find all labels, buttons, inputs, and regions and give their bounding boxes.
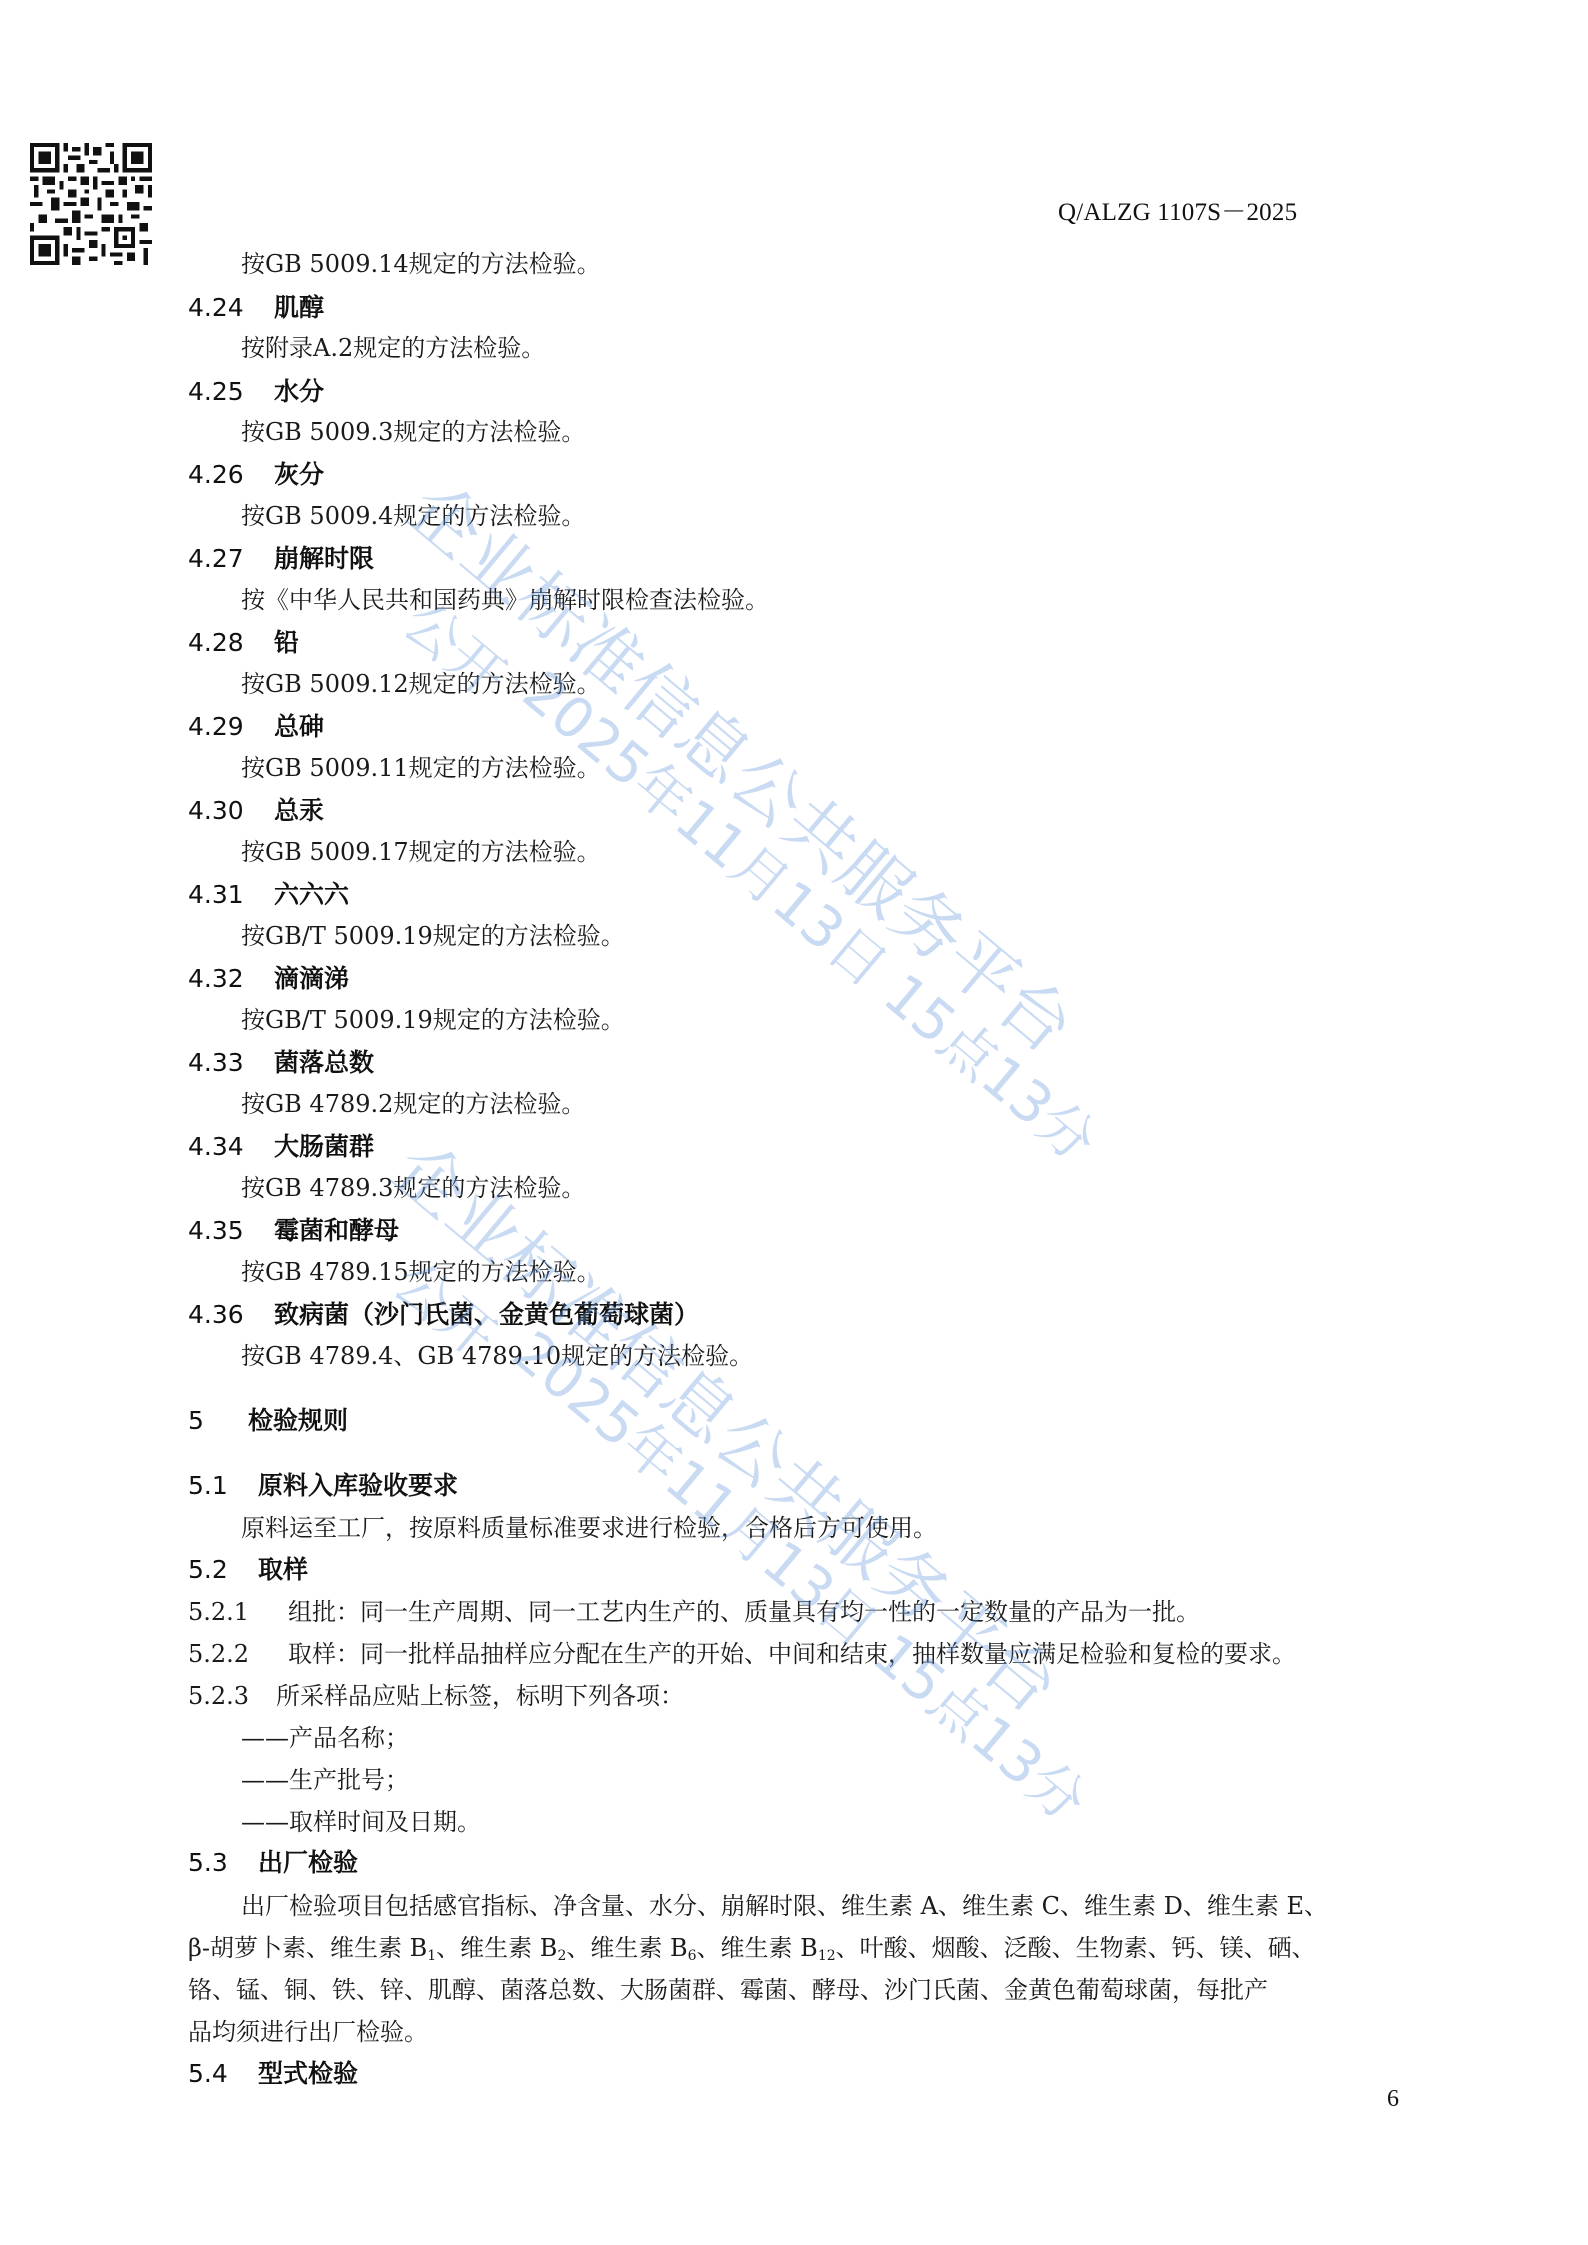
clause-5-2-1: 5.2.1组批：同一生产周期、同一工艺内生产的、质量具有均一性的一定数量的产品为… xyxy=(188,1592,1200,1627)
section-title: 型式检验 xyxy=(258,2059,358,2088)
list-item: ——产品名称； xyxy=(241,1718,409,1753)
section-number: 4.33 xyxy=(188,1048,274,1077)
section-title: 总汞 xyxy=(274,796,324,825)
section-title: 检验规则 xyxy=(248,1406,348,1435)
section-number: 5.4 xyxy=(188,2059,258,2088)
section-title: 灰分 xyxy=(274,460,324,489)
section-number: 5.2 xyxy=(188,1555,258,1584)
body-line: 出厂检验项目包括感官指标、净含量、水分、崩解时限、维生素 A、维生素 C、维生素… xyxy=(241,1886,1328,1921)
watermark-date: 2025年11月13日 15点13分 xyxy=(499,1310,1106,1838)
section-title: 水分 xyxy=(274,377,324,406)
section-heading-4-29: 4.29总砷 xyxy=(188,707,324,743)
watermark-date: 2025年11月13日 15点13分 xyxy=(509,650,1116,1178)
section-number: 4.26 xyxy=(188,460,274,489)
section-number: 4.30 xyxy=(188,796,274,825)
qr-code-icon xyxy=(30,143,152,265)
clause-text: 组批：同一生产周期、同一工艺内生产的、质量具有均一性的一定数量的产品为一批。 xyxy=(288,1598,1200,1626)
document-page: Q/ALZG 1107S－2025 按GB 5009.14规定的方法检验。 4.… xyxy=(0,0,1588,2245)
body-line: 品均须进行出厂检验。 xyxy=(188,2012,428,2047)
section-heading-4-25: 4.25水分 xyxy=(188,372,324,408)
body-line: 按GB 5009.12规定的方法检验。 xyxy=(241,664,601,699)
clause-text: 所采样品应贴上标签，标明下列各项： xyxy=(276,1682,684,1710)
section-title: 肌醇 xyxy=(274,293,324,322)
subscript: 6 xyxy=(688,1948,697,1964)
document-code: Q/ALZG 1107S－2025 xyxy=(1058,192,1297,228)
clause-text: 取样：同一批样品抽样应分配在生产的开始、中间和结束，抽样数量应满足检验和复检的要… xyxy=(288,1640,1296,1668)
body-line: 按《中华人民共和国药典》崩解时限检查法检验。 xyxy=(241,580,769,615)
body-line: 按GB 4789.3规定的方法检验。 xyxy=(241,1168,585,1203)
list-item: ——取样时间及日期。 xyxy=(241,1802,481,1837)
section-heading-4-35: 4.35霉菌和酵母 xyxy=(188,1211,399,1247)
section-heading-4-30: 4.30总汞 xyxy=(188,791,324,827)
body-line: 原料运至工厂，按原料质量标准要求进行检验，合格后方可使用。 xyxy=(241,1508,937,1543)
section-number: 5 xyxy=(188,1406,248,1435)
section-heading-4-31: 4.31六六六 xyxy=(188,875,349,911)
body-line: 按GB 5009.17规定的方法检验。 xyxy=(241,832,601,867)
section-number: 4.34 xyxy=(188,1132,274,1161)
section-heading-4-32: 4.32滴滴涕 xyxy=(188,959,349,995)
clause-number: 5.2.2 xyxy=(188,1640,288,1668)
text-run: 、维生素 B xyxy=(566,1934,687,1962)
section-number: 4.32 xyxy=(188,964,274,993)
text-run: 、叶酸、烟酸、泛酸、生物素、钙、镁、硒、 xyxy=(836,1934,1316,1962)
section-number: 4.24 xyxy=(188,293,274,322)
section-number: 4.27 xyxy=(188,544,274,573)
body-line: 按GB 5009.11规定的方法检验。 xyxy=(241,748,601,783)
section-heading-5-4: 5.4型式检验 xyxy=(188,2054,358,2090)
text-run: 、维生素 B xyxy=(697,1934,818,1962)
section-title: 取样 xyxy=(258,1555,308,1584)
body-line: 按GB 4789.15规定的方法检验。 xyxy=(241,1252,601,1287)
clause-5-2-3: 5.2.3所采样品应贴上标签，标明下列各项： xyxy=(188,1676,684,1711)
section-title: 霉菌和酵母 xyxy=(274,1216,399,1245)
subscript: 1 xyxy=(427,1948,436,1964)
clause-number: 5.2.3 xyxy=(188,1682,276,1710)
body-line: β-胡萝卜素、维生素 B1、维生素 B2、维生素 B6、维生素 B12、叶酸、烟… xyxy=(188,1928,1316,1964)
clause-5-2-2: 5.2.2取样：同一批样品抽样应分配在生产的开始、中间和结束，抽样数量应满足检验… xyxy=(188,1634,1296,1669)
section-heading-5-3: 5.3出厂检验 xyxy=(188,1843,358,1879)
clause-number: 5.2.1 xyxy=(188,1598,288,1626)
body-line: 按GB/T 5009.19规定的方法检验。 xyxy=(241,916,625,951)
body-line: 按附录A.2规定的方法检验。 xyxy=(241,328,545,363)
section-title: 出厂检验 xyxy=(258,1848,358,1877)
section-title: 原料入库验收要求 xyxy=(258,1471,458,1500)
section-title: 致病菌（沙门氏菌、金黄色葡萄球菌） xyxy=(274,1300,699,1329)
section-heading-4-26: 4.26灰分 xyxy=(188,455,324,491)
section-heading-4-34: 4.34大肠菌群 xyxy=(188,1127,374,1163)
body-line: 按GB 4789.4、GB 4789.10规定的方法检验。 xyxy=(241,1336,753,1371)
body-line: 铬、锰、铜、铁、锌、肌醇、菌落总数、大肠菌群、霉菌、酵母、沙门氏菌、金黄色葡萄球… xyxy=(188,1970,1268,2005)
body-line: 按GB 4789.2规定的方法检验。 xyxy=(241,1084,585,1119)
body-line: 按GB/T 5009.19规定的方法检验。 xyxy=(241,1000,625,1035)
section-number: 4.36 xyxy=(188,1300,274,1329)
section-title: 大肠菌群 xyxy=(274,1132,374,1161)
body-line: 按GB 5009.4规定的方法检验。 xyxy=(241,496,585,531)
section-number: 4.31 xyxy=(188,880,274,909)
section-title: 菌落总数 xyxy=(274,1048,374,1077)
body-line: 按GB 5009.14规定的方法检验。 xyxy=(241,244,601,279)
section-number: 4.28 xyxy=(188,628,274,657)
section-heading-5-1: 5.1原料入库验收要求 xyxy=(188,1466,458,1502)
section-title: 总砷 xyxy=(274,712,324,741)
section-heading-4-28: 4.28铅 xyxy=(188,623,299,659)
list-item: ——生产批号； xyxy=(241,1760,409,1795)
page-number: 6 xyxy=(1387,2086,1399,2113)
section-title: 铅 xyxy=(274,628,299,657)
section-number: 4.35 xyxy=(188,1216,274,1245)
section-title: 六六六 xyxy=(274,880,349,909)
section-title: 崩解时限 xyxy=(274,544,374,573)
section-number: 4.25 xyxy=(188,377,274,406)
section-heading-4-33: 4.33菌落总数 xyxy=(188,1043,374,1079)
section-number: 5.1 xyxy=(188,1471,258,1500)
text-run: 、维生素 B xyxy=(436,1934,557,1962)
section-heading-5-2: 5.2取样 xyxy=(188,1550,308,1586)
section-heading-4-24: 4.24肌醇 xyxy=(188,288,324,324)
section-heading-4-27: 4.27崩解时限 xyxy=(188,539,374,575)
text-run: β-胡萝卜素、维生素 B xyxy=(188,1934,427,1962)
subscript: 12 xyxy=(818,1948,836,1964)
body-line: 按GB 5009.3规定的方法检验。 xyxy=(241,412,585,447)
section-number: 4.29 xyxy=(188,712,274,741)
section-number: 5.3 xyxy=(188,1848,258,1877)
section-heading-4-36: 4.36致病菌（沙门氏菌、金黄色葡萄球菌） xyxy=(188,1295,699,1331)
section-title: 滴滴涕 xyxy=(274,964,349,993)
chapter-heading-5: 5检验规则 xyxy=(188,1401,348,1437)
